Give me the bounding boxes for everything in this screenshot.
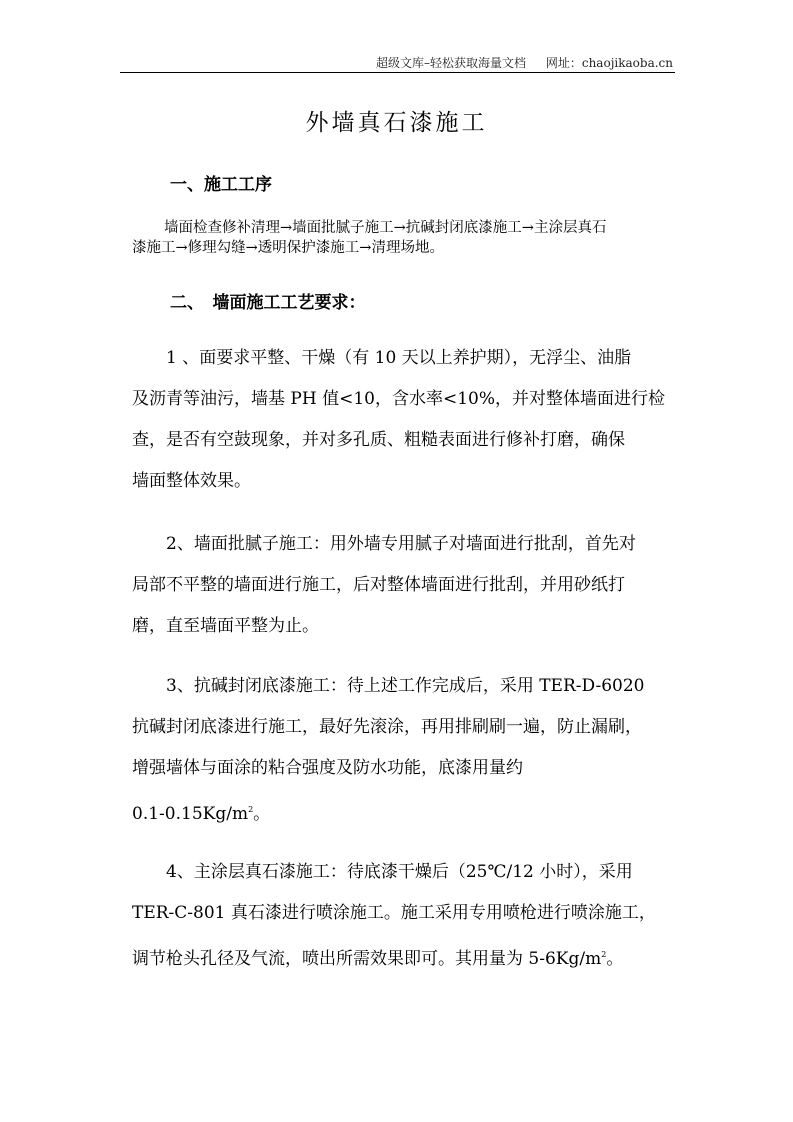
dosage-value: 0.1-0.15Kg/m (132, 804, 248, 824)
text-line: 调节枪头孔径及气流，喷出所需效果即可。其用量为 5-6Kg/m2。 (132, 934, 677, 975)
page-header: 超级文库–轻松获取海量文档 网址：chaojikaoba.cn (120, 54, 673, 71)
text-line: 查，是否有空鼓现象，并对多孔质、粗糙表面进行修补打磨，确保 (132, 420, 677, 461)
text-line: TER-C-801 真石漆进行喷涂施工。施工采用专用喷枪进行喷涂施工， (132, 893, 677, 934)
process-sequence-paragraph: 墙面检查修补清理→墙面批腻子施工→抗碱封闭底漆施工→主涂层真石 漆施工→修理勾缝… (132, 218, 677, 258)
text-line: 局部不平整的墙面进行施工，后对整体墙面进行批刮，并用砂纸打 (132, 565, 677, 606)
header-brand: 超级文库–轻松获取海量文档 (376, 56, 526, 70)
text-line: 漆施工→修理勾缝→透明保护漆施工→清理场地。 (132, 238, 677, 258)
document-title: 外墙真石漆施工 (0, 104, 793, 137)
text-line: 3、抗碱封闭底漆施工：待上述工作完成后，采用 TER-D-6020 (132, 666, 677, 707)
text-line: 墙面检查修补清理→墙面批腻子施工→抗碱封闭底漆施工→主涂层真石 (132, 218, 677, 238)
punctuation: 。 (606, 949, 623, 969)
section-heading-1: 一、施工工序 (170, 170, 272, 195)
text-line: 及沥青等油污，墙基 PH 值<10，含水率<10%，并对整体墙面进行检 (132, 379, 677, 420)
header-site: 网址：chaojikaoba.cn (546, 56, 673, 70)
requirement-item-4: 4、主涂层真石漆施工：待底漆干燥后（25℃/12 小时），采用 TER-C-80… (132, 852, 677, 975)
requirement-item-2: 2、墙面批腻子施工：用外墙专用腻子对墙面进行批刮，首先对 局部不平整的墙面进行施… (132, 524, 677, 647)
section-heading-2: 二、 墙面施工工艺要求： (170, 288, 366, 313)
text-line: 2、墙面批腻子施工：用外墙专用腻子对墙面进行批刮，首先对 (132, 524, 677, 565)
dosage-text: 调节枪头孔径及气流，喷出所需效果即可。其用量为 5-6Kg/m (132, 949, 601, 969)
text-line: 抗碱封闭底漆进行施工，最好先滚涂，再用排刷刷一遍，防止漏刷， (132, 707, 677, 748)
punctuation: 。 (253, 804, 270, 824)
text-line: 增强墙体与面涂的粘合强度及防水功能，底漆用量约 (132, 748, 677, 789)
requirement-item-3: 3、抗碱封闭底漆施工：待上述工作完成后，采用 TER-D-6020 抗碱封闭底漆… (132, 666, 677, 830)
text-line: 墙面整体效果。 (132, 461, 677, 502)
text-line: 磨，直至墙面平整为止。 (132, 606, 677, 647)
text-line: 1 、面要求平整、干燥（有 10 天以上养护期），无浮尘、油脂 (132, 338, 677, 379)
text-line: 0.1-0.15Kg/m2。 (132, 789, 677, 830)
text-line: 4、主涂层真石漆施工：待底漆干燥后（25℃/12 小时），采用 (132, 852, 677, 893)
header-divider (120, 72, 675, 73)
requirement-item-1: 1 、面要求平整、干燥（有 10 天以上养护期），无浮尘、油脂 及沥青等油污，墙… (132, 338, 677, 502)
